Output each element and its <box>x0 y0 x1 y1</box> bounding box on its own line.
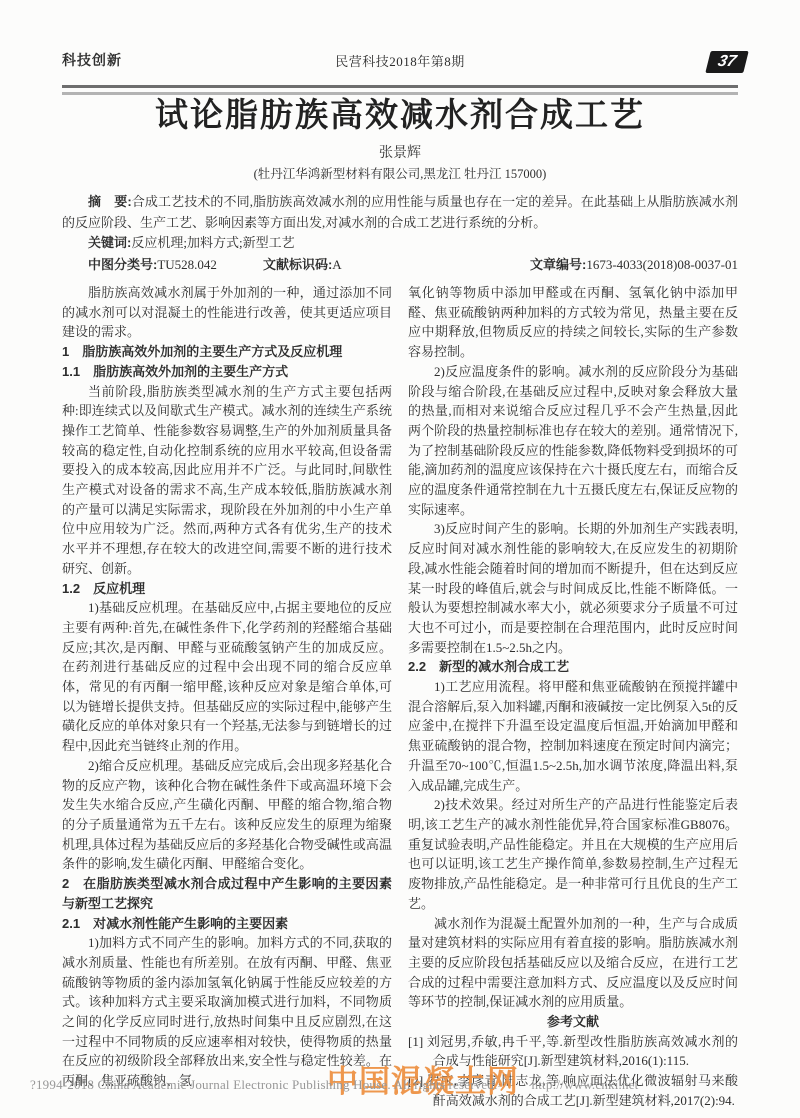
cnki-url: http://www.cnki.net <box>532 1077 639 1092</box>
page-header: 科技创新 民营科技2018年第8期 <box>62 50 738 70</box>
keywords-label: 关键词: <box>88 235 131 250</box>
right-column: 氧化钠等物质中添加甲醛或在丙酮、氢氧化钠中添加甲醛、焦亚硫酸钠两种加料的方式较为… <box>408 283 738 1111</box>
paragraph: 当前阶段,脂肪族类型减水剂的生产方式主要包括两种:即连续式以及间歇式生产模式。减… <box>62 382 392 579</box>
abstract: 摘 要:合成工艺技术的不同,脂肪族高效减水剂的应用性能与质量也存在一定的差异。在… <box>62 192 738 233</box>
doc-code-value: A <box>332 257 341 272</box>
clc-value: TU528.042 <box>157 257 217 272</box>
article-number-value: 1673-4033(2018)08-0037-01 <box>586 257 738 272</box>
paragraph: 3)反应时间产生的影响。长期的外加剂生产实践表明,反应时间对减水剂性能的影响较大… <box>408 519 738 657</box>
journal-page: 科技创新 民营科技2018年第8期 37 试论脂肪族高效减水剂合成工艺 张景辉 … <box>0 0 800 1118</box>
paragraph: 1)工艺应用流程。将甲醛和焦亚硫酸钠在预搅拌罐中混合溶解后,泵入加料罐,丙酮和液… <box>408 677 738 795</box>
section-heading: 1 脂肪族高效外加剂的主要生产方式及反应机理 <box>62 342 392 362</box>
abstract-text: 合成工艺技术的不同,脂肪族高效减水剂的应用性能与质量也存在一定的差异。在此基础上… <box>62 194 738 230</box>
page-number-badge: 37 <box>705 51 748 73</box>
two-column-body: 脂肪族高效减水剂属于外加剂的一种，通过添加不同的减水剂可以对混凝土的性能进行改善… <box>62 283 738 1111</box>
author-affiliation: (牡丹江华鸿新型材料有限公司,黑龙江 牡丹江 157000) <box>62 166 738 183</box>
subsection-heading: 2.1 对减水剂性能产生影响的主要因素 <box>62 914 392 934</box>
journal-issue-label: 民营科技2018年第8期 <box>62 51 738 70</box>
article-number: 文章编号:1673-4033(2018)08-0037-01 <box>530 255 738 276</box>
document-code: 文献标识码:A <box>263 255 342 276</box>
paragraph: 2)技术效果。经过对所生产的产品进行性能鉴定后表明,该工艺生产的减水剂性能优异,… <box>408 795 738 913</box>
article-content: 试论脂肪族高效减水剂合成工艺 张景辉 (牡丹江华鸿新型材料有限公司,黑龙江 牡丹… <box>62 94 738 1111</box>
doc-code-label: 文献标识码: <box>263 257 332 272</box>
article-meta: 摘 要:合成工艺技术的不同,脂肪族高效减水剂的应用性能与质量也存在一定的差异。在… <box>62 192 738 275</box>
subsection-heading: 1.2 反应机理 <box>62 579 392 599</box>
article-title: 试论脂肪族高效减水剂合成工艺 <box>62 94 738 138</box>
section-heading: 2 在脂肪族类型减水剂合成过程中产生影响的主要因素与新型工艺探究 <box>62 874 392 913</box>
clc-number: 中图分类号:TU528.042 <box>88 255 217 276</box>
left-column: 脂肪族高效减水剂属于外加剂的一种，通过添加不同的减水剂可以对混凝土的性能进行改善… <box>62 283 392 1111</box>
subsection-heading: 2.2 新型的减水剂合成工艺 <box>408 657 738 677</box>
copyright-text: ?1994-2018 China Academic Journal Electr… <box>30 1077 498 1092</box>
copyright-footer: ?1994-2018 China Academic Journal Electr… <box>30 1077 770 1093</box>
paragraph: 2)反应温度条件的影响。减水剂的反应阶段分为基础阶段与缩合阶段,在基础反应过程中… <box>408 362 738 520</box>
clc-label: 中图分类号: <box>88 257 157 272</box>
subsection-heading: 1.1 脂肪族高效外加剂的主要生产方式 <box>62 362 392 382</box>
references-title: 参考文献 <box>408 1012 738 1032</box>
abstract-label: 摘 要: <box>88 194 132 209</box>
keywords-text: 反应机理;加料方式;新型工艺 <box>131 235 294 250</box>
paragraph: 2)缩合反应机理。基础反应完成后,会出现多羟基化合物的反应产物，该种化合物在碱性… <box>62 756 392 874</box>
paragraph: 氧化钠等物质中添加甲醛或在丙酮、氢氧化钠中添加甲醛、焦亚硫酸钠两种加料的方式较为… <box>408 283 738 362</box>
keywords: 关键词:反应机理;加料方式;新型工艺 <box>62 233 738 254</box>
author-name: 张景辉 <box>62 145 738 163</box>
classification-line: 中图分类号:TU528.042 文献标识码:A 文章编号:1673-4033(2… <box>62 255 738 276</box>
paragraph: 脂肪族高效减水剂属于外加剂的一种，通过添加不同的减水剂可以对混凝土的性能进行改善… <box>62 283 392 342</box>
paragraph: 减水剂作为混凝土配置外加剂的一种，生产与合成质量对建筑材料的实际应用有着直接的影… <box>408 914 738 1013</box>
paragraph: 1)基础反应机理。在基础反应中,占据主要地位的反应主要有两种:首先,在碱性条件下… <box>62 598 392 756</box>
article-number-label: 文章编号: <box>530 257 586 272</box>
